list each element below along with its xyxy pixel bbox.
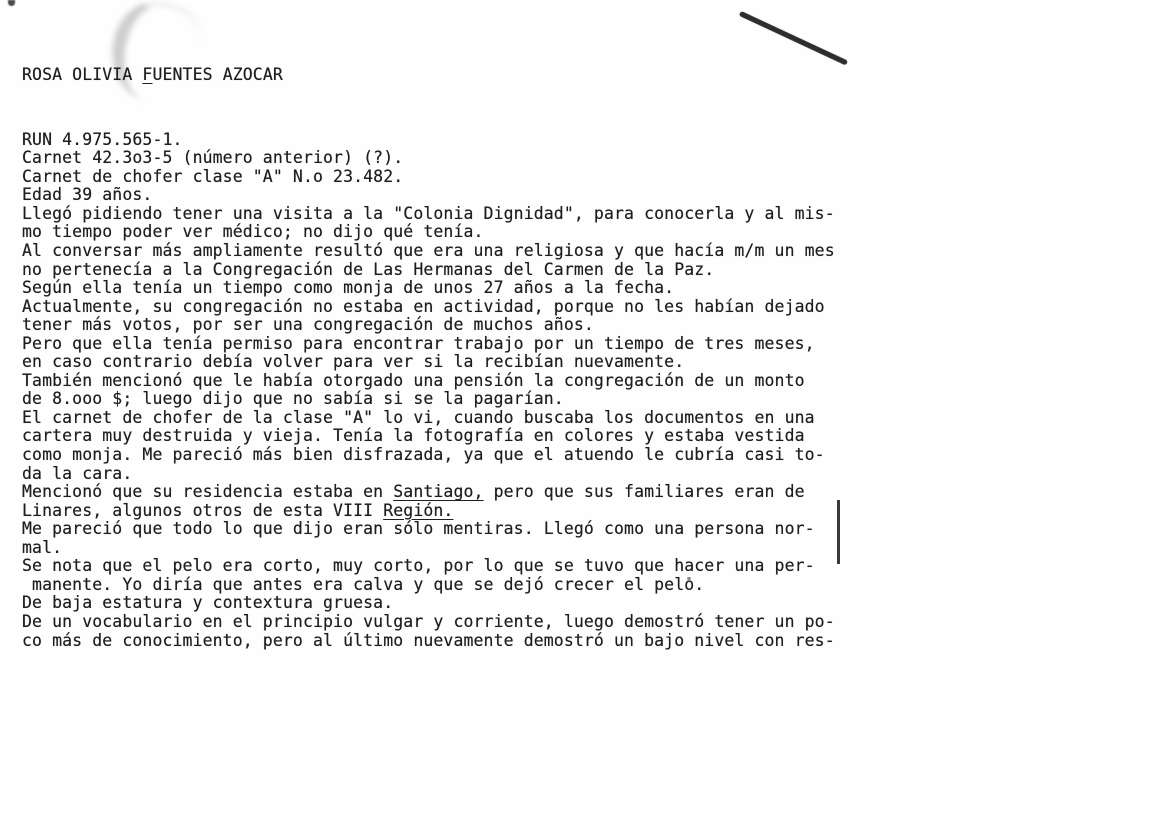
text-line: El carnet de chofer de la clase "A" lo v… xyxy=(22,409,835,428)
text-line: Carnet de chofer clase "A" N.o 23.482. xyxy=(22,168,835,187)
text-line: manente. Yo diría que antes era calva y … xyxy=(22,576,835,595)
text-line: Mencionó que su residencia estaba en San… xyxy=(22,483,835,502)
text-line: co más de conocimiento, pero al último n… xyxy=(22,632,835,651)
text-run: no pertenecía a la Congregación de Las H… xyxy=(22,260,714,279)
text-run: Linares, algunos otros de esta VIII xyxy=(22,501,383,520)
text-run: De un vocabulario en el principio vulgar… xyxy=(22,612,835,631)
text-line: Carnet 42.3o3-5 (número anterior) (?). xyxy=(22,149,835,168)
text-run: Se nota que el pelo era corto, muy corto… xyxy=(22,556,815,575)
text-line: cartera muy destruida y vieja. Tenía la … xyxy=(22,427,835,446)
text-run: Carnet 42.3o3-5 (número anterior) (?). xyxy=(22,148,403,167)
text-line: Edad 39 años. xyxy=(22,186,835,205)
text-line: mo tiempo poder ver médico; no dijo qué … xyxy=(22,223,835,242)
text-run: Edad 39 años. xyxy=(22,185,152,204)
text-run: Según ella tenía un tiempo como monja de… xyxy=(22,278,674,297)
text-run: da la cara. xyxy=(22,464,132,483)
text-line: Actualmente, su congregación no estaba e… xyxy=(22,298,835,317)
text-line: no pertenecía a la Congregación de Las H… xyxy=(22,261,835,280)
underlined-text: F xyxy=(142,65,152,84)
text-line: RUN 4.975.565-1. xyxy=(22,131,835,150)
text-run: También mencionó que le había otorgado u… xyxy=(22,371,805,390)
text-line: De un vocabulario en el principio vulgar… xyxy=(22,613,835,632)
text-line: en caso contrario debía volver para ver … xyxy=(22,353,835,372)
text-run: co más de conocimiento, pero al último n… xyxy=(22,631,835,650)
text-line: Pero que ella tenía permiso para encontr… xyxy=(22,335,835,354)
text-line: como monja. Me pareció más bien disfraza… xyxy=(22,446,835,465)
text-run: cartera muy destruida y vieja. Tenía la … xyxy=(22,426,805,445)
text-line: De baja estatura y contextura gruesa. xyxy=(22,594,835,613)
text-line: También mencionó que le había otorgado u… xyxy=(22,372,835,391)
document-title: ROSA OLIVIA FUENTES AZOCAR xyxy=(22,66,835,85)
text-run: mo tiempo poder ver médico; no dijo qué … xyxy=(22,222,484,241)
underlined-text: Santiago, xyxy=(393,482,483,501)
text-run: ROSA OLIVIA xyxy=(22,65,142,84)
text-run: como monja. Me pareció más bien disfraza… xyxy=(22,445,825,464)
vertical-line-mark xyxy=(837,500,840,564)
text-run: pero que sus familiares eran de xyxy=(484,482,805,501)
text-line: Linares, algunos otros de esta VIII Regi… xyxy=(22,502,835,521)
text-run: Llegó pidiendo tener una visita a la "Co… xyxy=(22,204,835,223)
text-run: mal. xyxy=(22,538,62,557)
text-run: Mencionó que su residencia estaba en xyxy=(22,482,393,501)
text-run: manente. Yo diría que antes era calva y … xyxy=(22,575,704,594)
text-line: Se nota que el pelo era corto, muy corto… xyxy=(22,557,835,576)
text-run: RUN 4.975.565-1. xyxy=(22,130,183,149)
text-run: de 8.ooo $; luego dijo que no sabía si s… xyxy=(22,389,564,408)
text-run: en caso contrario debía volver para ver … xyxy=(22,352,684,371)
text-run: Carnet de chofer clase "A" N.o 23.482. xyxy=(22,167,403,186)
document-text: ROSA OLIVIA FUENTES AZOCAR RUN 4.975.565… xyxy=(22,29,835,687)
text-run: El carnet de chofer de la clase "A" lo v… xyxy=(22,408,815,427)
text-run: UENTES AZOCAR xyxy=(152,65,282,84)
text-line: Llegó pidiendo tener una visita a la "Co… xyxy=(22,205,835,224)
text-run: Al conversar más ampliamente resultó que… xyxy=(22,241,835,260)
text-line: Según ella tenía un tiempo como monja de… xyxy=(22,279,835,298)
text-run: Actualmente, su congregación no estaba e… xyxy=(22,297,825,316)
text-run: tener más votos, por ser una congregació… xyxy=(22,315,594,334)
text-run: Pero que ella tenía permiso para encontr… xyxy=(22,334,815,353)
text-line: de 8.ooo $; luego dijo que no sabía si s… xyxy=(22,390,835,409)
text-line: Al conversar más ampliamente resultó que… xyxy=(22,242,835,261)
text-line: Me pareció que todo lo que dijo eran sól… xyxy=(22,520,835,539)
text-line: mal. xyxy=(22,539,835,558)
text-line: da la cara. xyxy=(22,465,835,484)
scanned-document-page: ROSA OLIVIA FUENTES AZOCAR RUN 4.975.565… xyxy=(0,0,1172,827)
underlined-text: Región. xyxy=(383,501,453,520)
text-run: De baja estatura y contextura gruesa. xyxy=(22,593,393,612)
text-run: Me pareció que todo lo que dijo eran sól… xyxy=(22,519,815,538)
text-line: tener más votos, por ser una congregació… xyxy=(22,316,835,335)
document-body: RUN 4.975.565-1.Carnet 42.3o3-5 (número … xyxy=(22,131,835,650)
scan-speck xyxy=(8,0,15,6)
